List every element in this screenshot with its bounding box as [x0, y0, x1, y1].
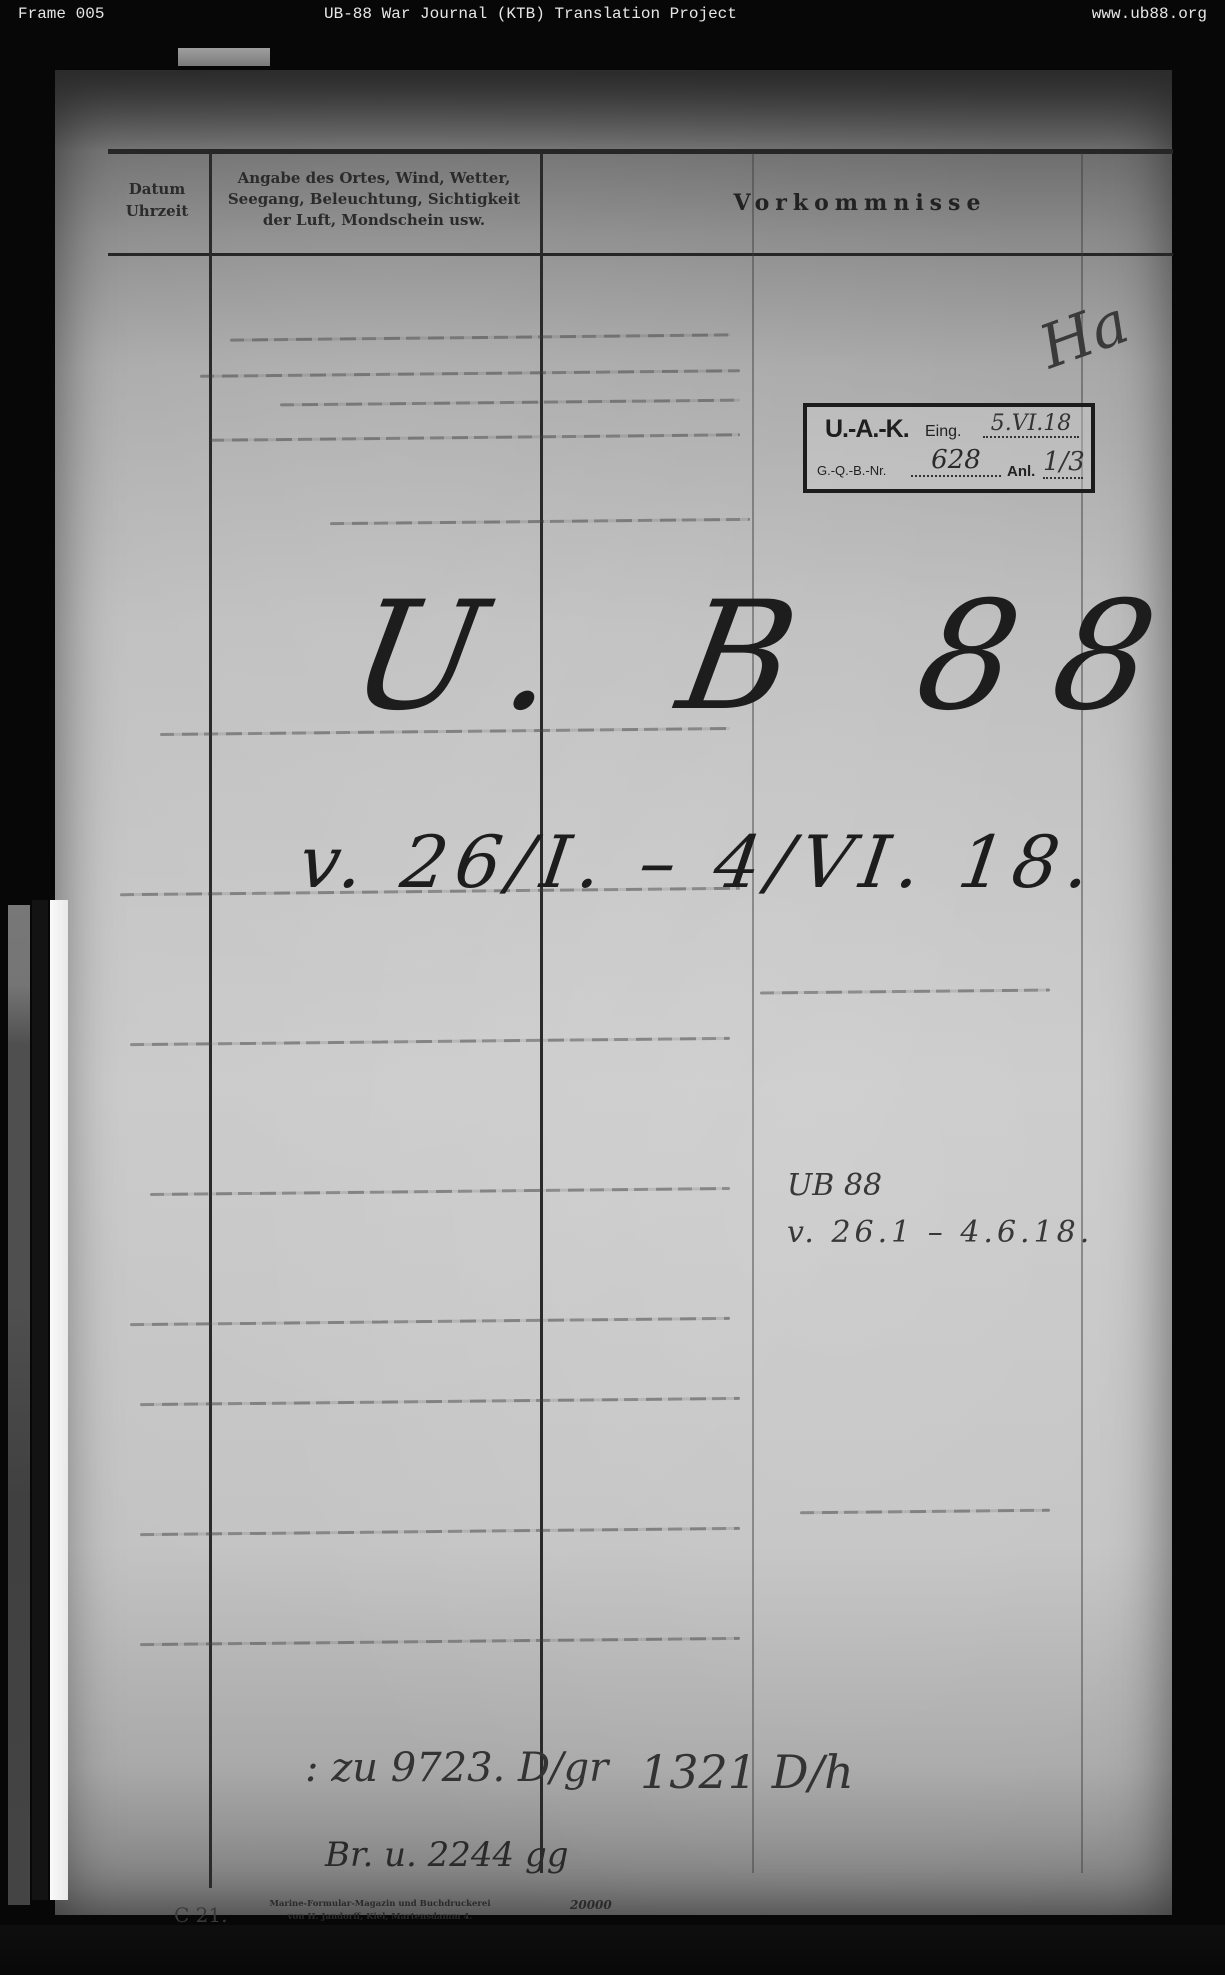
printer-imprint: Marine-Formular-Magazin und Buchdruckere… — [255, 1898, 505, 1924]
film-edge — [8, 905, 30, 1905]
film-tab — [178, 48, 270, 66]
receipt-stamp: U.-A.-K. Eing. 5.VI.18 G.-Q.-B.-Nr. 628 … — [803, 403, 1095, 493]
column-divider-1 — [209, 153, 212, 1888]
form-number: C 21. — [174, 1903, 227, 1927]
stamp-attachments-label: Anl. — [1007, 463, 1035, 480]
handwritten-date-range: v. 26/I. – 4/VI. 18. — [294, 820, 1103, 904]
header-line: Vorkommnisse — [700, 190, 1020, 216]
column-header-datum: Datum Uhrzeit — [117, 178, 197, 222]
stamp-office: U.-A.-K. — [825, 415, 909, 444]
header-bar: Frame 005 UB-88 War Journal (KTB) Transl… — [0, 0, 1225, 28]
page-edge-glare — [50, 900, 68, 1900]
header-bottom-rule — [108, 253, 1173, 256]
film-bottom-edge — [0, 1925, 1225, 1975]
column-header-vorkommnisse: Vorkommnisse — [700, 190, 1020, 216]
project-title: UB-88 War Journal (KTB) Translation Proj… — [324, 0, 737, 28]
header-top-rule — [108, 149, 1173, 154]
column-header-angabe: Angabe des Ortes, Wind, Wetter, Seegang,… — [218, 168, 530, 231]
header-line: Angabe des Ortes, Wind, Wetter, — [218, 168, 530, 189]
page-shadow — [55, 70, 1172, 150]
stamp-number-label: G.-Q.-B.-Nr. — [817, 463, 886, 478]
header-line: der Luft, Mondschein usw. — [218, 210, 530, 231]
header-line: Uhrzeit — [117, 200, 197, 222]
header-line: Seegang, Beleuchtung, Sichtigkeit — [218, 189, 530, 210]
handwritten-reference-3: Br. u. 2244 gg — [325, 1835, 569, 1875]
website-link[interactable]: www.ub88.org — [1092, 0, 1207, 28]
column-divider-3 — [752, 153, 754, 1873]
print-run: 20000 — [570, 1898, 612, 1912]
pencil-note-line-2: v. 26.1 – 4.6.18. — [787, 1215, 1093, 1250]
header-line: Datum — [117, 178, 197, 200]
handwritten-title: U. B 88 — [340, 570, 1207, 744]
handwritten-reference-2: 1321 D/h — [640, 1745, 854, 1799]
printer-line: von H. Jandorff, Kiel, Martensdamm 4. — [255, 1911, 505, 1924]
printer-line: Marine-Formular-Magazin und Buchdruckere… — [255, 1898, 505, 1911]
stamp-number-value: 628 — [911, 445, 1001, 477]
column-divider-2 — [540, 153, 543, 1873]
stamp-received-label: Eing. — [925, 423, 961, 441]
frame-label: Frame 005 — [18, 0, 104, 28]
stamp-received-date: 5.VI.18 — [983, 411, 1079, 438]
handwritten-reference-1: : zu 9723. D/gr — [305, 1745, 608, 1791]
stamp-attachments-value: 1/3 — [1043, 447, 1083, 479]
pencil-note-line-1: UB 88 — [787, 1168, 882, 1203]
film-edge-dark — [32, 900, 48, 1900]
